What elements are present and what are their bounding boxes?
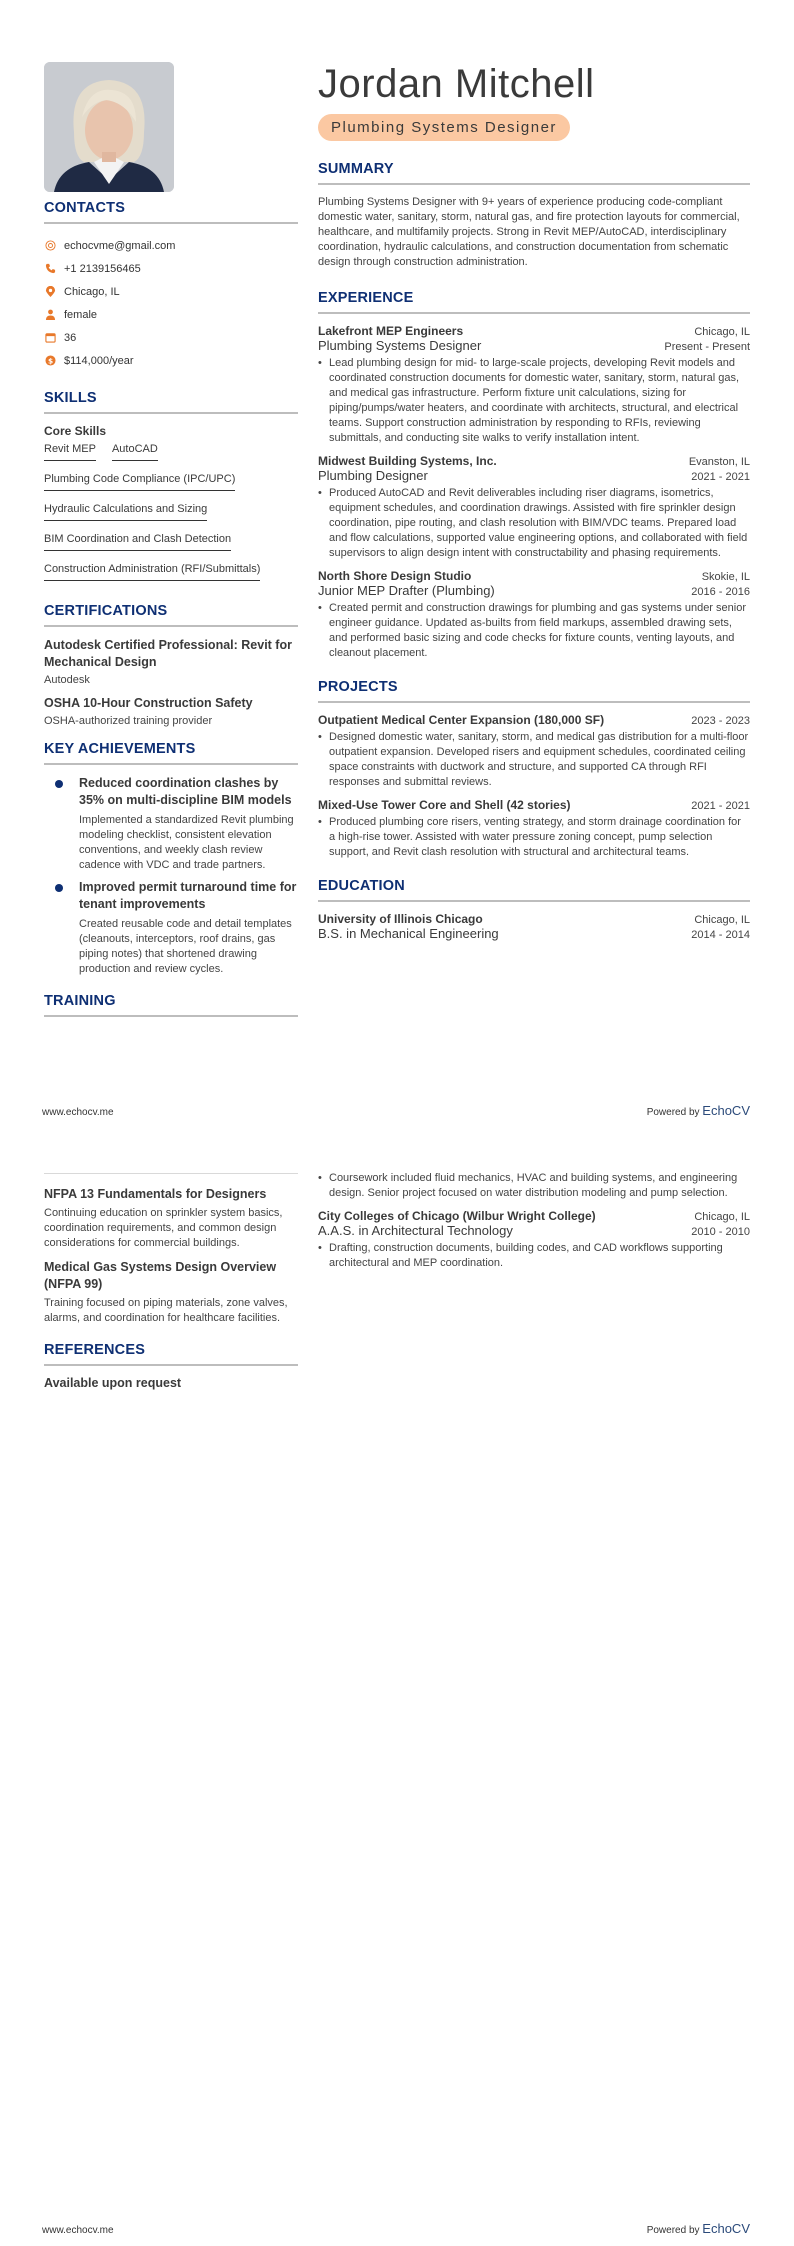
left-column-continued: NFPA 13 Fundamentals for Designers Conti… <box>44 1173 298 1390</box>
achievement-title: Reduced coordination clashes by 35% on m… <box>79 775 298 809</box>
location-pin-icon <box>44 286 56 298</box>
section-title-references: REFERENCES <box>44 1342 298 1366</box>
footer-website-link[interactable]: www.echocv.me <box>42 1107 114 1118</box>
skill-group-title: Core Skills <box>44 424 298 438</box>
training-section-header: TRAINING <box>44 993 298 1017</box>
contact-salary: $ $114,000/year <box>44 349 298 372</box>
experience-location: Skokie, IL <box>702 571 750 583</box>
right-column-continued: •Coursework included fluid mechanics, HV… <box>318 1171 750 1279</box>
experience-company: North Shore Design Studio <box>318 569 471 583</box>
contact-list: echocvme@gmail.com +1 2139156465 Chicago… <box>44 234 298 372</box>
skill-item: Hydraulic Calculations and Sizing <box>44 503 207 521</box>
education-degree: A.A.S. in Architectural Technology <box>318 1223 513 1238</box>
achievement-title: Improved permit turnaround time for tena… <box>79 879 298 913</box>
training-section: NFPA 13 Fundamentals for Designers Conti… <box>44 1173 298 1326</box>
section-title-training: TRAINING <box>44 993 298 1017</box>
footer-powered-by: Powered by EchoCV <box>647 1103 750 1118</box>
references-section: REFERENCES Available upon request <box>44 1342 298 1390</box>
project-bullet: Produced plumbing core risers, venting s… <box>329 815 750 860</box>
education-bullet: Coursework included fluid mechanics, HVA… <box>329 1171 750 1201</box>
experience-dates: 2021 - 2021 <box>691 471 750 483</box>
summary-section: SUMMARY Plumbing Systems Designer with 9… <box>318 161 750 270</box>
training-item: Medical Gas Systems Design Overview (NFP… <box>44 1259 298 1326</box>
training-name: Medical Gas Systems Design Overview (NFP… <box>44 1259 298 1293</box>
contact-email[interactable]: echocvme@gmail.com <box>44 234 298 257</box>
bullet-icon: • <box>318 1241 329 1271</box>
contact-salary-text: $114,000/year <box>64 355 134 367</box>
bullet-dot-icon <box>55 780 63 788</box>
experience-section: EXPERIENCE Lakefront MEP EngineersChicag… <box>318 290 750 661</box>
contact-phone[interactable]: +1 2139156465 <box>44 257 298 280</box>
certification-name: Autodesk Certified Professional: Revit f… <box>44 637 298 671</box>
calendar-icon <box>44 332 56 344</box>
achievements-section: KEY ACHIEVEMENTS Reduced coordination cl… <box>44 741 298 977</box>
footer-powered-by: Powered by EchoCV <box>647 2221 750 2236</box>
certifications-section: CERTIFICATIONS Autodesk Certified Profes… <box>44 603 298 727</box>
section-title-education: EDUCATION <box>318 878 750 902</box>
footer-brand: EchoCV <box>702 1103 750 1118</box>
experience-role: Junior MEP Drafter (Plumbing) <box>318 583 495 598</box>
skill-item: BIM Coordination and Clash Detection <box>44 533 231 551</box>
education-school: University of Illinois Chicago <box>318 912 483 926</box>
page-footer: www.echocv.me Powered by EchoCV <box>42 1103 750 1118</box>
training-name: NFPA 13 Fundamentals for Designers <box>44 1186 298 1203</box>
references-text: Available upon request <box>44 1376 298 1390</box>
certification-name: OSHA 10-Hour Construction Safety <box>44 695 298 712</box>
bullet-icon: • <box>318 601 329 661</box>
training-item: NFPA 13 Fundamentals for Designers Conti… <box>44 1186 298 1251</box>
skill-item: Plumbing Code Compliance (IPC/UPC) <box>44 473 235 491</box>
resume-page-1: CONTACTS echocvme@gmail.com +1 213915646… <box>0 0 794 1123</box>
skill-item: Revit MEP <box>44 443 96 461</box>
project-bullet: Designed domestic water, sanitary, storm… <box>329 730 750 790</box>
education-dates: 2014 - 2014 <box>691 929 750 941</box>
certification-issuer: OSHA-authorized training provider <box>44 715 298 727</box>
experience-entry: Lakefront MEP EngineersChicago, IL Plumb… <box>318 324 750 446</box>
job-title-badge: Plumbing Systems Designer <box>318 114 570 141</box>
project-dates: 2023 - 2023 <box>691 715 750 727</box>
resume-page-2: NFPA 13 Fundamentals for Designers Conti… <box>0 1123 794 2246</box>
certification-item: Autodesk Certified Professional: Revit f… <box>44 637 298 686</box>
bullet-icon: • <box>318 486 329 561</box>
contact-age: 36 <box>44 326 298 349</box>
phone-icon <box>44 263 56 275</box>
education-section: EDUCATION University of Illinois Chicago… <box>318 878 750 941</box>
footer-brand: EchoCV <box>702 2221 750 2236</box>
education-degree: B.S. in Mechanical Engineering <box>318 926 499 941</box>
contact-location-text: Chicago, IL <box>64 286 120 298</box>
experience-bullet: Produced AutoCAD and Revit deliverables … <box>329 486 750 561</box>
page-footer: www.echocv.me Powered by EchoCV <box>42 2221 750 2236</box>
certification-issuer: Autodesk <box>44 674 298 686</box>
left-column: CONTACTS echocvme@gmail.com +1 213915646… <box>44 62 298 1027</box>
section-title-achievements: KEY ACHIEVEMENTS <box>44 741 298 765</box>
dollar-coin-icon: $ <box>44 355 56 367</box>
education-location: Chicago, IL <box>694 914 750 926</box>
experience-role: Plumbing Systems Designer <box>318 338 481 353</box>
contact-age-text: 36 <box>64 332 76 344</box>
contact-gender: female <box>44 303 298 326</box>
certification-item: OSHA 10-Hour Construction Safety OSHA-au… <box>44 695 298 727</box>
achievement-item: Reduced coordination clashes by 35% on m… <box>44 775 298 873</box>
skills-section: SKILLS Core Skills Revit MEP AutoCAD Plu… <box>44 390 298 589</box>
experience-location: Chicago, IL <box>694 326 750 338</box>
contacts-section: CONTACTS echocvme@gmail.com +1 213915646… <box>44 200 298 372</box>
achievement-description: Implemented a standardized Revit plumbin… <box>79 813 298 873</box>
experience-dates: Present - Present <box>664 341 750 353</box>
at-icon <box>44 240 56 252</box>
section-title-skills: SKILLS <box>44 390 298 414</box>
contact-location: Chicago, IL <box>44 280 298 303</box>
projects-section: PROJECTS Outpatient Medical Center Expan… <box>318 679 750 860</box>
experience-bullet: Lead plumbing design for mid- to large-s… <box>329 356 750 446</box>
experience-entry: Midwest Building Systems, Inc.Evanston, … <box>318 454 750 561</box>
experience-dates: 2016 - 2016 <box>691 586 750 598</box>
person-icon <box>44 309 56 321</box>
summary-text: Plumbing Systems Designer with 9+ years … <box>318 195 750 270</box>
project-entry: Mixed-Use Tower Core and Shell (42 stori… <box>318 798 750 860</box>
footer-website-link[interactable]: www.echocv.me <box>42 2225 114 2236</box>
training-description: Continuing education on sprinkler system… <box>44 1206 298 1251</box>
achievement-description: Created reusable code and detail templat… <box>79 917 298 977</box>
section-title-projects: PROJECTS <box>318 679 750 703</box>
profile-photo <box>44 62 174 192</box>
education-dates: 2010 - 2010 <box>691 1226 750 1238</box>
contact-gender-text: female <box>64 309 97 321</box>
section-title-contacts: CONTACTS <box>44 200 298 224</box>
project-name: Mixed-Use Tower Core and Shell (42 stori… <box>318 798 571 812</box>
education-entry: City Colleges of Chicago (Wilbur Wright … <box>318 1209 750 1271</box>
section-title-summary: SUMMARY <box>318 161 750 185</box>
experience-role: Plumbing Designer <box>318 468 428 483</box>
bullet-icon: • <box>318 730 329 790</box>
achievement-item: Improved permit turnaround time for tena… <box>44 879 298 977</box>
experience-bullet: Created permit and construction drawings… <box>329 601 750 661</box>
education-school: City Colleges of Chicago (Wilbur Wright … <box>318 1209 596 1223</box>
education-entry: University of Illinois ChicagoChicago, I… <box>318 912 750 941</box>
bullet-dot-icon <box>55 884 63 892</box>
project-entry: Outpatient Medical Center Expansion (180… <box>318 713 750 790</box>
bullet-icon: • <box>318 356 329 446</box>
experience-company: Lakefront MEP Engineers <box>318 324 463 338</box>
education-bullet: Drafting, construction documents, buildi… <box>329 1241 750 1271</box>
education-location: Chicago, IL <box>694 1211 750 1223</box>
project-name: Outpatient Medical Center Expansion (180… <box>318 713 604 727</box>
bullet-icon: • <box>318 1171 329 1201</box>
experience-entry: North Shore Design StudioSkokie, IL Juni… <box>318 569 750 661</box>
svg-text:$: $ <box>47 356 52 365</box>
skill-row: Revit MEP AutoCAD <box>44 443 298 469</box>
section-title-experience: EXPERIENCE <box>318 290 750 314</box>
experience-location: Evanston, IL <box>689 456 750 468</box>
contact-phone-text: +1 2139156465 <box>64 263 141 275</box>
bullet-icon: • <box>318 815 329 860</box>
skill-item: Construction Administration (RFI/Submitt… <box>44 563 260 581</box>
education-entry-continued: •Coursework included fluid mechanics, HV… <box>318 1171 750 1201</box>
section-title-certifications: CERTIFICATIONS <box>44 603 298 627</box>
skill-item: AutoCAD <box>112 443 158 461</box>
project-dates: 2021 - 2021 <box>691 800 750 812</box>
training-description: Training focused on piping materials, zo… <box>44 1296 298 1326</box>
experience-company: Midwest Building Systems, Inc. <box>318 454 497 468</box>
contact-email-text: echocvme@gmail.com <box>64 240 175 252</box>
right-column: Jordan Mitchell Plumbing Systems Designe… <box>318 62 750 941</box>
candidate-name: Jordan Mitchell <box>318 62 750 106</box>
